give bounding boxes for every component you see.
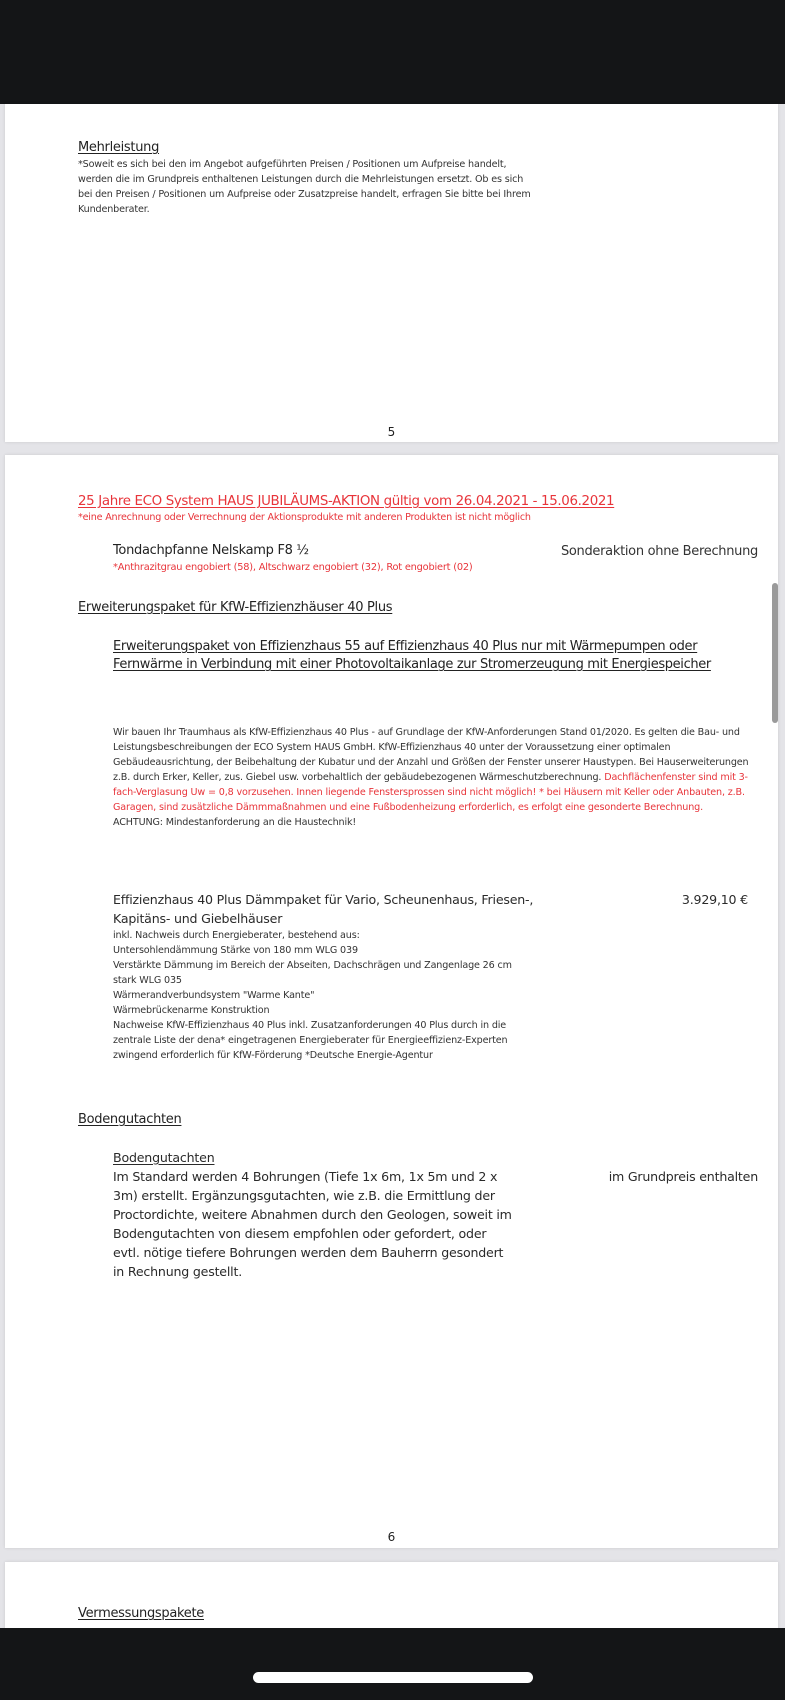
page-number: 6 — [5, 1530, 778, 1544]
kfw-detail-line: Untersohlendämmung Stärke von 180 mm WLG… — [113, 943, 538, 958]
kfw-detail-line: inkl. Nachweis durch Energieberater, bes… — [113, 928, 538, 943]
section-heading-bodengutachten: Bodengutachten — [78, 1112, 181, 1127]
kfw-item-title: Effizienzhaus 40 Plus Dämmpaket für Vari… — [113, 890, 543, 928]
promo-title: 25 Jahre ECO System HAUS JUBILÄUMS-AKTIO… — [78, 494, 614, 509]
kfw-item-price: 3.929,10 € — [682, 890, 748, 909]
document-page-6: 25 Jahre ECO System HAUS JUBILÄUMS-AKTIO… — [5, 455, 778, 1548]
promo-note: *eine Anrechnung oder Verrechnung der Ak… — [78, 512, 531, 523]
boden-item-title: Bodengutachten — [113, 1148, 214, 1167]
mehrleistung-text: *Soweit es sich bei den im Angebot aufge… — [78, 157, 538, 217]
kfw-description: Wir bauen Ihr Traumhaus als KfW-Effizien… — [113, 725, 761, 830]
kfw-subheading-line1: Erweiterungspaket von Effizienzhaus 55 a… — [113, 638, 697, 656]
vertical-scrollbar[interactable] — [772, 583, 778, 723]
kfw-detail-line: Nachweise KfW-Effizienzhaus 40 Plus inkl… — [113, 1018, 538, 1063]
kfw-subheading-line2: Fernwärme in Verbindung mit einer Photov… — [113, 656, 711, 674]
section-heading-kfw: Erweiterungspaket für KfW-Effizienzhäuse… — [78, 600, 392, 615]
document-page-5: Mehrleistung *Soweit es sich bei den im … — [5, 104, 778, 442]
kfw-warning: ACHTUNG: Mindestanforderung an die Haust… — [113, 817, 356, 828]
section-heading-vermessungspakete: Vermessungspakete — [78, 1606, 204, 1621]
home-indicator[interactable] — [253, 1672, 533, 1683]
page-number: 5 — [5, 425, 778, 439]
section-heading-mehrleistung: Mehrleistung — [78, 140, 159, 155]
boden-item-price: im Grundpreis enthalten — [609, 1167, 758, 1186]
top-system-bar — [0, 0, 785, 104]
boden-item-text: Im Standard werden 4 Bohrungen (Tiefe 1x… — [113, 1167, 513, 1281]
kfw-detail-line: Verstärkte Dämmung im Bereich der Abseit… — [113, 958, 538, 988]
promo-item-title: Tondachpfanne Nelskamp F8 ½ — [113, 543, 309, 558]
kfw-detail-line: Wärmebrückenarme Konstruktion — [113, 1003, 538, 1018]
kfw-item-details: inkl. Nachweis durch Energieberater, bes… — [113, 928, 538, 1063]
promo-item-colors: *Anthrazitgrau engobiert (58), Altschwar… — [113, 562, 473, 573]
bottom-system-bar — [0, 1628, 785, 1700]
kfw-detail-line: Wärmerandverbundsystem "Warme Kante" — [113, 988, 538, 1003]
promo-item-price: Sonderaktion ohne Berechnung — [561, 544, 758, 559]
